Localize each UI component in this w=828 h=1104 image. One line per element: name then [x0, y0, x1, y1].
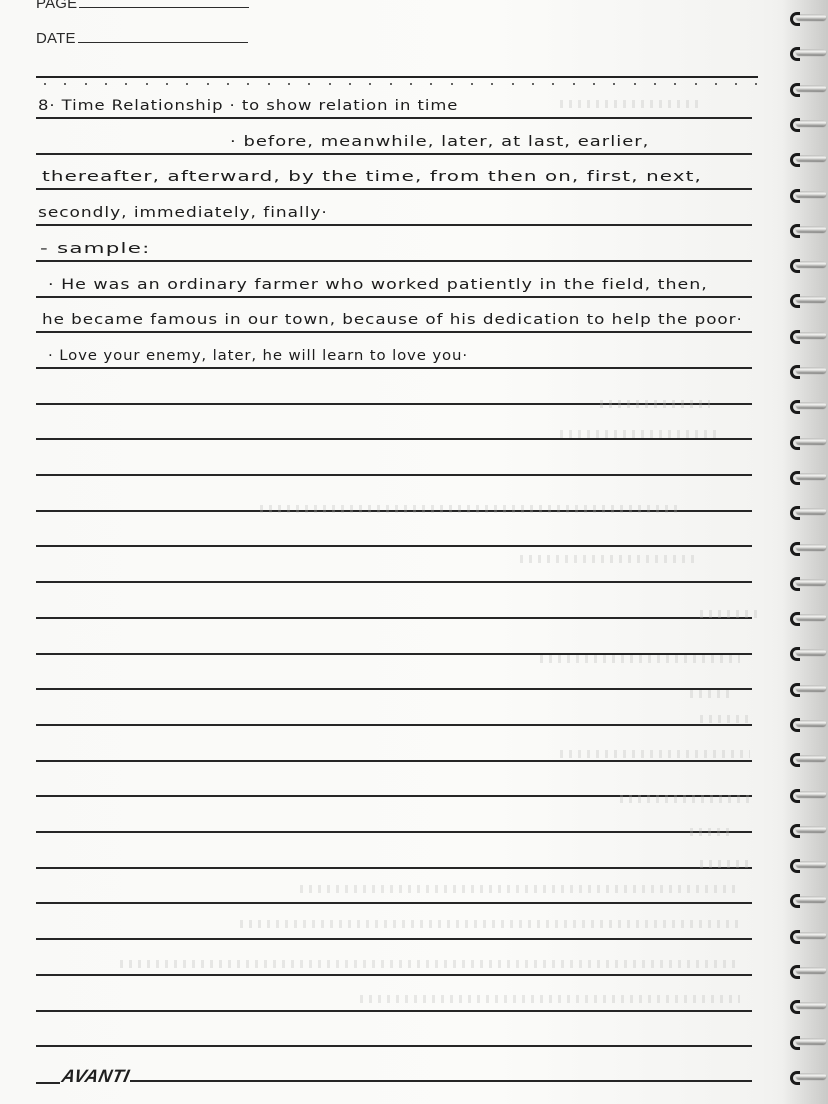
- ring-hook: [790, 189, 800, 203]
- ruled-line: [36, 331, 752, 333]
- ruled-line: [36, 438, 752, 440]
- date-label: DATE: [36, 30, 76, 47]
- guide-dot: [146, 83, 148, 85]
- ruled-line: [36, 688, 752, 690]
- bleed-mark: [700, 715, 750, 723]
- ring-wire: [796, 120, 826, 126]
- spiral-ring-icon: [790, 859, 824, 873]
- ruled-line: [36, 367, 752, 369]
- bleed-mark: [700, 860, 750, 868]
- ring-hook: [790, 1000, 800, 1014]
- ring-wire: [796, 85, 826, 91]
- ring-wire: [796, 826, 826, 832]
- ruled-line: [36, 545, 752, 547]
- ruled-line: [36, 1045, 752, 1047]
- ruled-line: [36, 296, 752, 298]
- guide-dot: [491, 83, 493, 85]
- guide-dot: [735, 83, 737, 85]
- ruled-line: [36, 902, 752, 904]
- guide-dot: [430, 83, 432, 85]
- spiral-ring-icon: [790, 506, 824, 520]
- ring-wire: [796, 579, 826, 585]
- date-value-blank: [78, 32, 248, 43]
- ring-wire: [796, 14, 826, 20]
- spiral-ring-icon: [790, 577, 824, 591]
- spiral-ring-icon: [790, 718, 824, 732]
- ring-wire: [796, 49, 826, 55]
- spiral-ring-icon: [790, 1036, 824, 1050]
- guide-dot: [674, 83, 676, 85]
- guide-dot: [207, 83, 209, 85]
- guide-dot: [268, 83, 270, 85]
- guide-dot: [369, 83, 371, 85]
- bleed-mark: [120, 960, 740, 968]
- ring-wire: [796, 296, 826, 302]
- ruled-line: [36, 724, 752, 726]
- guide-dot: [44, 83, 46, 85]
- ring-hook: [790, 789, 800, 803]
- footer-rule-left: [36, 1082, 60, 1084]
- ring-wire: [796, 402, 826, 408]
- note-line-example: · He was an ordinary farmer who worked p…: [48, 277, 708, 293]
- bleed-mark: [690, 690, 730, 698]
- dotted-guide: [44, 83, 758, 87]
- ruled-line: [36, 867, 752, 869]
- bleed-mark: [300, 885, 740, 893]
- spiral-ring-icon: [790, 683, 824, 697]
- guide-dot: [512, 83, 514, 85]
- ring-hook: [790, 365, 800, 379]
- ring-hook: [790, 12, 800, 26]
- guide-dot: [593, 83, 595, 85]
- spiral-ring-icon: [790, 12, 824, 26]
- spiral-ring-icon: [790, 824, 824, 838]
- guide-dot: [105, 83, 107, 85]
- guide-dot: [85, 83, 87, 85]
- ring-wire: [796, 155, 826, 161]
- ring-wire: [796, 932, 826, 938]
- date-field: DATE: [36, 30, 248, 47]
- ruled-line: [36, 831, 752, 833]
- ring-hook: [790, 824, 800, 838]
- note-line: thereafter, afterward, by the time, from…: [42, 169, 702, 185]
- guide-dot: [125, 83, 127, 85]
- spiral-ring-icon: [790, 224, 824, 238]
- bleed-mark: [520, 555, 700, 563]
- note-line-sample-label: - sample:: [40, 241, 151, 257]
- note-line: · before, meanwhile, later, at last, ear…: [230, 134, 649, 150]
- ring-wire: [796, 967, 826, 973]
- ring-hook: [790, 718, 800, 732]
- ring-hook: [790, 330, 800, 344]
- bleed-mark: [560, 430, 720, 438]
- guide-dot: [471, 83, 473, 85]
- guide-dot: [186, 83, 188, 85]
- spiral-ring-icon: [790, 894, 824, 908]
- bleed-mark: [600, 400, 710, 408]
- top-margin-rule: [36, 76, 758, 78]
- ruled-line: [36, 617, 752, 619]
- spiral-ring-icon: [790, 330, 824, 344]
- ruled-line: [36, 581, 752, 583]
- spiral-ring-icon: [790, 400, 824, 414]
- guide-dot: [166, 83, 168, 85]
- page-number-field: PAGE: [36, 0, 249, 12]
- guide-dot: [654, 83, 656, 85]
- spiral-ring-icon: [790, 965, 824, 979]
- guide-dot: [695, 83, 697, 85]
- ring-hook: [790, 612, 800, 626]
- ring-wire: [796, 720, 826, 726]
- spiral-ring-icon: [790, 471, 824, 485]
- guide-dot: [329, 83, 331, 85]
- guide-dot: [64, 83, 66, 85]
- ring-hook: [790, 506, 800, 520]
- ring-hook: [790, 930, 800, 944]
- ring-hook: [790, 153, 800, 167]
- spiral-ring-icon: [790, 542, 824, 556]
- ring-hook: [790, 683, 800, 697]
- ring-wire: [796, 685, 826, 691]
- ring-wire: [796, 261, 826, 267]
- guide-dot: [613, 83, 615, 85]
- ring-hook: [790, 965, 800, 979]
- ruled-line: [36, 260, 752, 262]
- ring-wire: [796, 1073, 826, 1079]
- guide-dot: [390, 83, 392, 85]
- spiral-ring-icon: [790, 294, 824, 308]
- guide-dot: [573, 83, 575, 85]
- guide-dot: [308, 83, 310, 85]
- note-line-example: he became famous in our town, because of…: [42, 312, 743, 328]
- note-line-example: · Love your enemy, later, he will learn …: [48, 348, 468, 364]
- ring-wire: [796, 1038, 826, 1044]
- ring-hook: [790, 83, 800, 97]
- guide-dot: [634, 83, 636, 85]
- ring-hook: [790, 259, 800, 273]
- ring-wire: [796, 508, 826, 514]
- spiral-ring-icon: [790, 612, 824, 626]
- ring-hook: [790, 1071, 800, 1085]
- bleed-mark: [560, 100, 700, 108]
- spiral-ring-icon: [790, 753, 824, 767]
- guide-dot: [755, 83, 757, 85]
- guide-dot: [247, 83, 249, 85]
- ruled-line: [36, 760, 752, 762]
- spiral-ring-icon: [790, 83, 824, 97]
- ring-hook: [790, 118, 800, 132]
- ring-hook: [790, 400, 800, 414]
- spiral-ring-icon: [790, 789, 824, 803]
- guide-dot: [552, 83, 554, 85]
- guide-dot: [532, 83, 534, 85]
- ring-wire: [796, 438, 826, 444]
- ruled-line: [36, 153, 752, 155]
- ring-hook: [790, 647, 800, 661]
- spiral-ring-icon: [790, 153, 824, 167]
- ring-hook: [790, 294, 800, 308]
- footer-rule-right: [130, 1080, 752, 1082]
- ring-wire: [796, 861, 826, 867]
- spiral-ring-icon: [790, 189, 824, 203]
- guide-dot: [227, 83, 229, 85]
- ring-wire: [796, 544, 826, 550]
- ring-hook: [790, 471, 800, 485]
- ruled-line: [36, 474, 752, 476]
- bleed-mark: [540, 655, 740, 663]
- ring-hook: [790, 436, 800, 450]
- ring-wire: [796, 332, 826, 338]
- ring-wire: [796, 755, 826, 761]
- ruled-line: [36, 974, 752, 976]
- guide-dot: [715, 83, 717, 85]
- bleed-mark: [240, 920, 740, 928]
- ring-hook: [790, 894, 800, 908]
- bleed-mark: [360, 995, 740, 1003]
- ring-wire: [796, 1002, 826, 1008]
- note-line: secondly, immediately, finally·: [38, 205, 328, 221]
- bleed-mark: [560, 750, 750, 758]
- ring-wire: [796, 226, 826, 232]
- ring-wire: [796, 649, 826, 655]
- note-line-heading: 8· Time Relationship · to show relation …: [38, 98, 458, 114]
- spiral-binding: [782, 0, 828, 1104]
- spiral-ring-icon: [790, 118, 824, 132]
- spiral-ring-icon: [790, 930, 824, 944]
- ring-wire: [796, 614, 826, 620]
- page-value-blank: [79, 0, 249, 8]
- spiral-ring-icon: [790, 259, 824, 273]
- spiral-ring-icon: [790, 365, 824, 379]
- guide-dot: [410, 83, 412, 85]
- spiral-ring-icon: [790, 1071, 824, 1085]
- ring-wire: [796, 473, 826, 479]
- guide-dot: [451, 83, 453, 85]
- ruled-line: [36, 188, 752, 190]
- bleed-mark: [260, 505, 680, 513]
- ring-hook: [790, 542, 800, 556]
- guide-dot: [288, 83, 290, 85]
- ring-hook: [790, 859, 800, 873]
- bleed-mark: [700, 610, 760, 618]
- page-label: PAGE: [36, 0, 77, 12]
- ring-hook: [790, 753, 800, 767]
- ring-wire: [796, 367, 826, 373]
- ruled-line: [36, 117, 752, 119]
- notebook-page: PAGE DATE 8· Time Relationship · to show…: [0, 0, 828, 1104]
- bleed-mark: [690, 828, 730, 836]
- ring-hook: [790, 577, 800, 591]
- ring-hook: [790, 1036, 800, 1050]
- spiral-ring-icon: [790, 47, 824, 61]
- spiral-ring-icon: [790, 647, 824, 661]
- ring-wire: [796, 896, 826, 902]
- ring-hook: [790, 224, 800, 238]
- ring-wire: [796, 191, 826, 197]
- spiral-ring-icon: [790, 1000, 824, 1014]
- brand-logo: AVANTI: [60, 1066, 132, 1087]
- guide-dot: [349, 83, 351, 85]
- bleed-mark: [620, 795, 750, 803]
- spiral-ring-icon: [790, 436, 824, 450]
- ruled-line: [36, 224, 752, 226]
- ring-wire: [796, 791, 826, 797]
- ring-hook: [790, 47, 800, 61]
- ruled-line: [36, 1010, 752, 1012]
- ruled-line: [36, 938, 752, 940]
